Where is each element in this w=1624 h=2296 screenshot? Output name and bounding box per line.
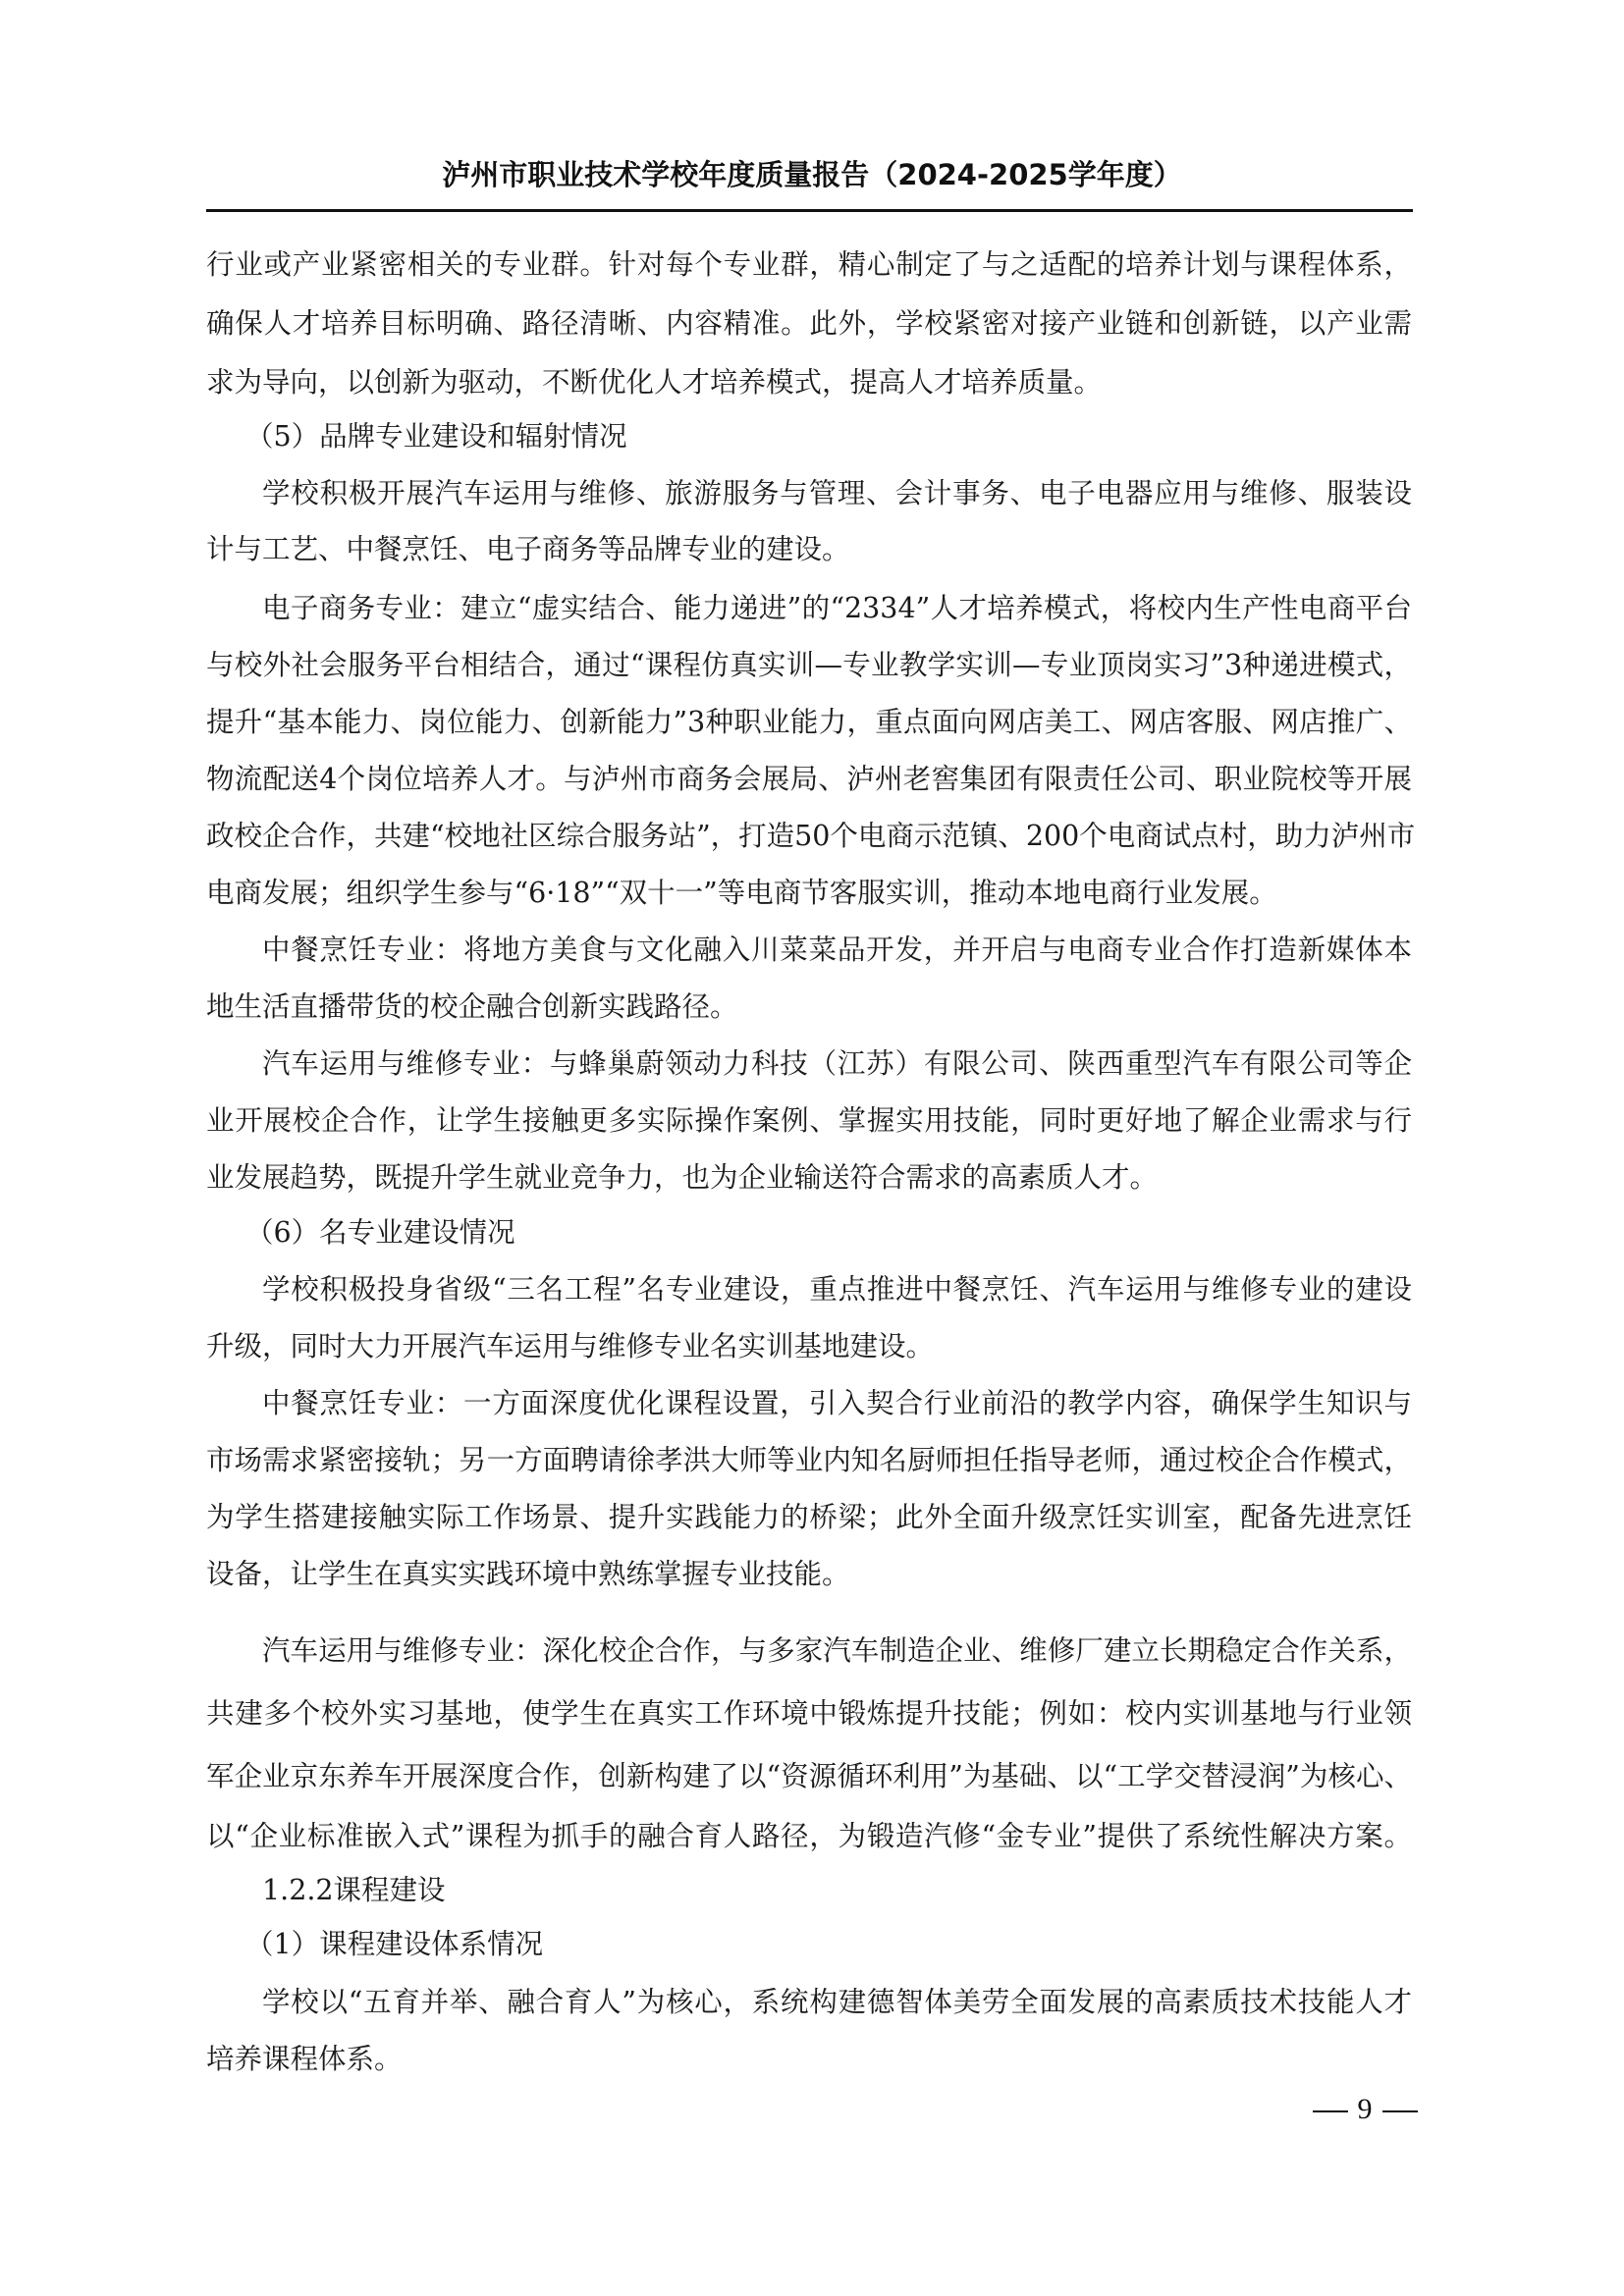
text-line: 物流配送4个岗位培养人才。与泸州市商务会展局、泸州老窖集团有限责任公司、职业院校… bbox=[206, 762, 1412, 797]
text-line: 汽车运用与维修专业：与蜂巢蔚领动力科技（江苏）有限公司、陕西重型汽车有限公司等企 bbox=[262, 1046, 1412, 1082]
text-line: 计与工艺、中餐烹饪、电子商务等品牌专业的建设。 bbox=[206, 532, 1412, 567]
page-number: 9 bbox=[1296, 2093, 1434, 2126]
text-line: 市场需求紧密接轨；另一方面聘请徐孝洪大师等业内知名厨师担任指导老师，通过校企合作… bbox=[206, 1443, 1412, 1478]
text-line: 培养课程体系。 bbox=[206, 2042, 1412, 2077]
text-line: 求为导向，以创新为驱动，不断优化人才培养模式，提高人才培养质量。 bbox=[206, 365, 1412, 400]
text-line: 设备，让学生在真实实践环境中熟练掌握专业技能。 bbox=[206, 1557, 1412, 1592]
text-line: 为学生搭建接触实际工作场景、提升实践能力的桥梁；此外全面升级烹饪实训室，配备先进… bbox=[206, 1500, 1412, 1535]
text-line: 地生活直播带货的校企融合创新实践路径。 bbox=[206, 989, 1412, 1025]
text-line: 共建多个校外实习基地，使学生在真实工作环境中锻炼提升技能；例如：校内实训基地与行… bbox=[206, 1696, 1412, 1732]
section-heading: （5）品牌专业建设和辐射情况 bbox=[245, 419, 1395, 454]
text-line: 电子商务专业：建立“虚实结合、能力递进”的“2334”人才培养模式，将校内生产性… bbox=[262, 591, 1412, 626]
text-line: 政校企合作，共建“校地社区综合服务站”，打造50个电商示范镇、200个电商试点村… bbox=[206, 819, 1412, 854]
text-line: 业发展趋势，既提升学生就业竞争力，也为企业输送符合需求的高素质人才。 bbox=[206, 1160, 1412, 1196]
dash-right bbox=[1382, 2110, 1418, 2112]
text-line: 学校以“五育并举、融合育人”为核心，系统构建德智体美劳全面发展的高素质技术技能人… bbox=[262, 1985, 1412, 2020]
running-header-title: 泸州市职业技术学校年度质量报告（2024-2025学年度） bbox=[0, 153, 1624, 193]
text-line: 行业或产业紧密相关的专业群。针对每个专业群，精心制定了与之适配的培养计划与课程体… bbox=[206, 247, 1412, 283]
text-line: 确保人才培养目标明确、路径清晰、内容精准。此外，学校紧密对接产业链和创新链，以产… bbox=[206, 306, 1412, 342]
text-line: 以“企业标准嵌入式”课程为抓手的融合育人路径，为锻造汽修“金专业”提供了系统性解… bbox=[206, 1819, 1412, 1854]
text-line: 中餐烹饪专业：一方面深度优化课程设置，引入契合行业前沿的教学内容，确保学生知识与 bbox=[262, 1386, 1412, 1421]
text-line: 业开展校企合作，让学生接触更多实际操作案例、掌握实用技能，同时更好地了解企业需求… bbox=[206, 1103, 1412, 1139]
text-line: 军企业京东养车开展深度合作，创新构建了以“资源循环利用”为基础、以“工学交替浸润… bbox=[206, 1759, 1412, 1794]
section-heading: （6）名专业建设情况 bbox=[245, 1215, 1395, 1251]
text-line: 提升“基本能力、岗位能力、创新能力”3种职业能力，重点面向网店美工、网店客服、网… bbox=[206, 705, 1412, 740]
text-line: 中餐烹饪专业：将地方美食与文化融入川菜菜品开发，并开启与电商专业合作打造新媒体本 bbox=[262, 933, 1412, 968]
text-line: 与校外社会服务平台相结合，通过“课程仿真实训—专业教学实训—专业顶岗实习”3种递… bbox=[206, 648, 1412, 683]
dash-left bbox=[1313, 2110, 1348, 2112]
text-line: 汽车运用与维修专业：深化校企合作，与多家汽车制造企业、维修厂建立长期稳定合作关系… bbox=[262, 1633, 1412, 1669]
text-line: 电商发展；组织学生参与“6·18”“双十一”等电商节客服实训，推动本地电商行业发… bbox=[206, 876, 1412, 911]
header-divider bbox=[206, 209, 1413, 212]
section-heading: （1）课程建设体系情况 bbox=[245, 1927, 1395, 1962]
text-line: 升级，同时大力开展汽车运用与维修专业名实训基地建设。 bbox=[206, 1329, 1412, 1364]
page-number-value: 9 bbox=[1358, 2093, 1373, 2125]
text-line: 学校积极投身省级“三名工程”名专业建设，重点推进中餐烹饪、汽车运用与维修专业的建… bbox=[262, 1272, 1412, 1308]
subsection-heading: 1.2.2课程建设 bbox=[262, 1873, 1412, 1908]
text-line: 学校积极开展汽车运用与维修、旅游服务与管理、会计事务、电子电器应用与维修、服装设 bbox=[262, 476, 1412, 511]
